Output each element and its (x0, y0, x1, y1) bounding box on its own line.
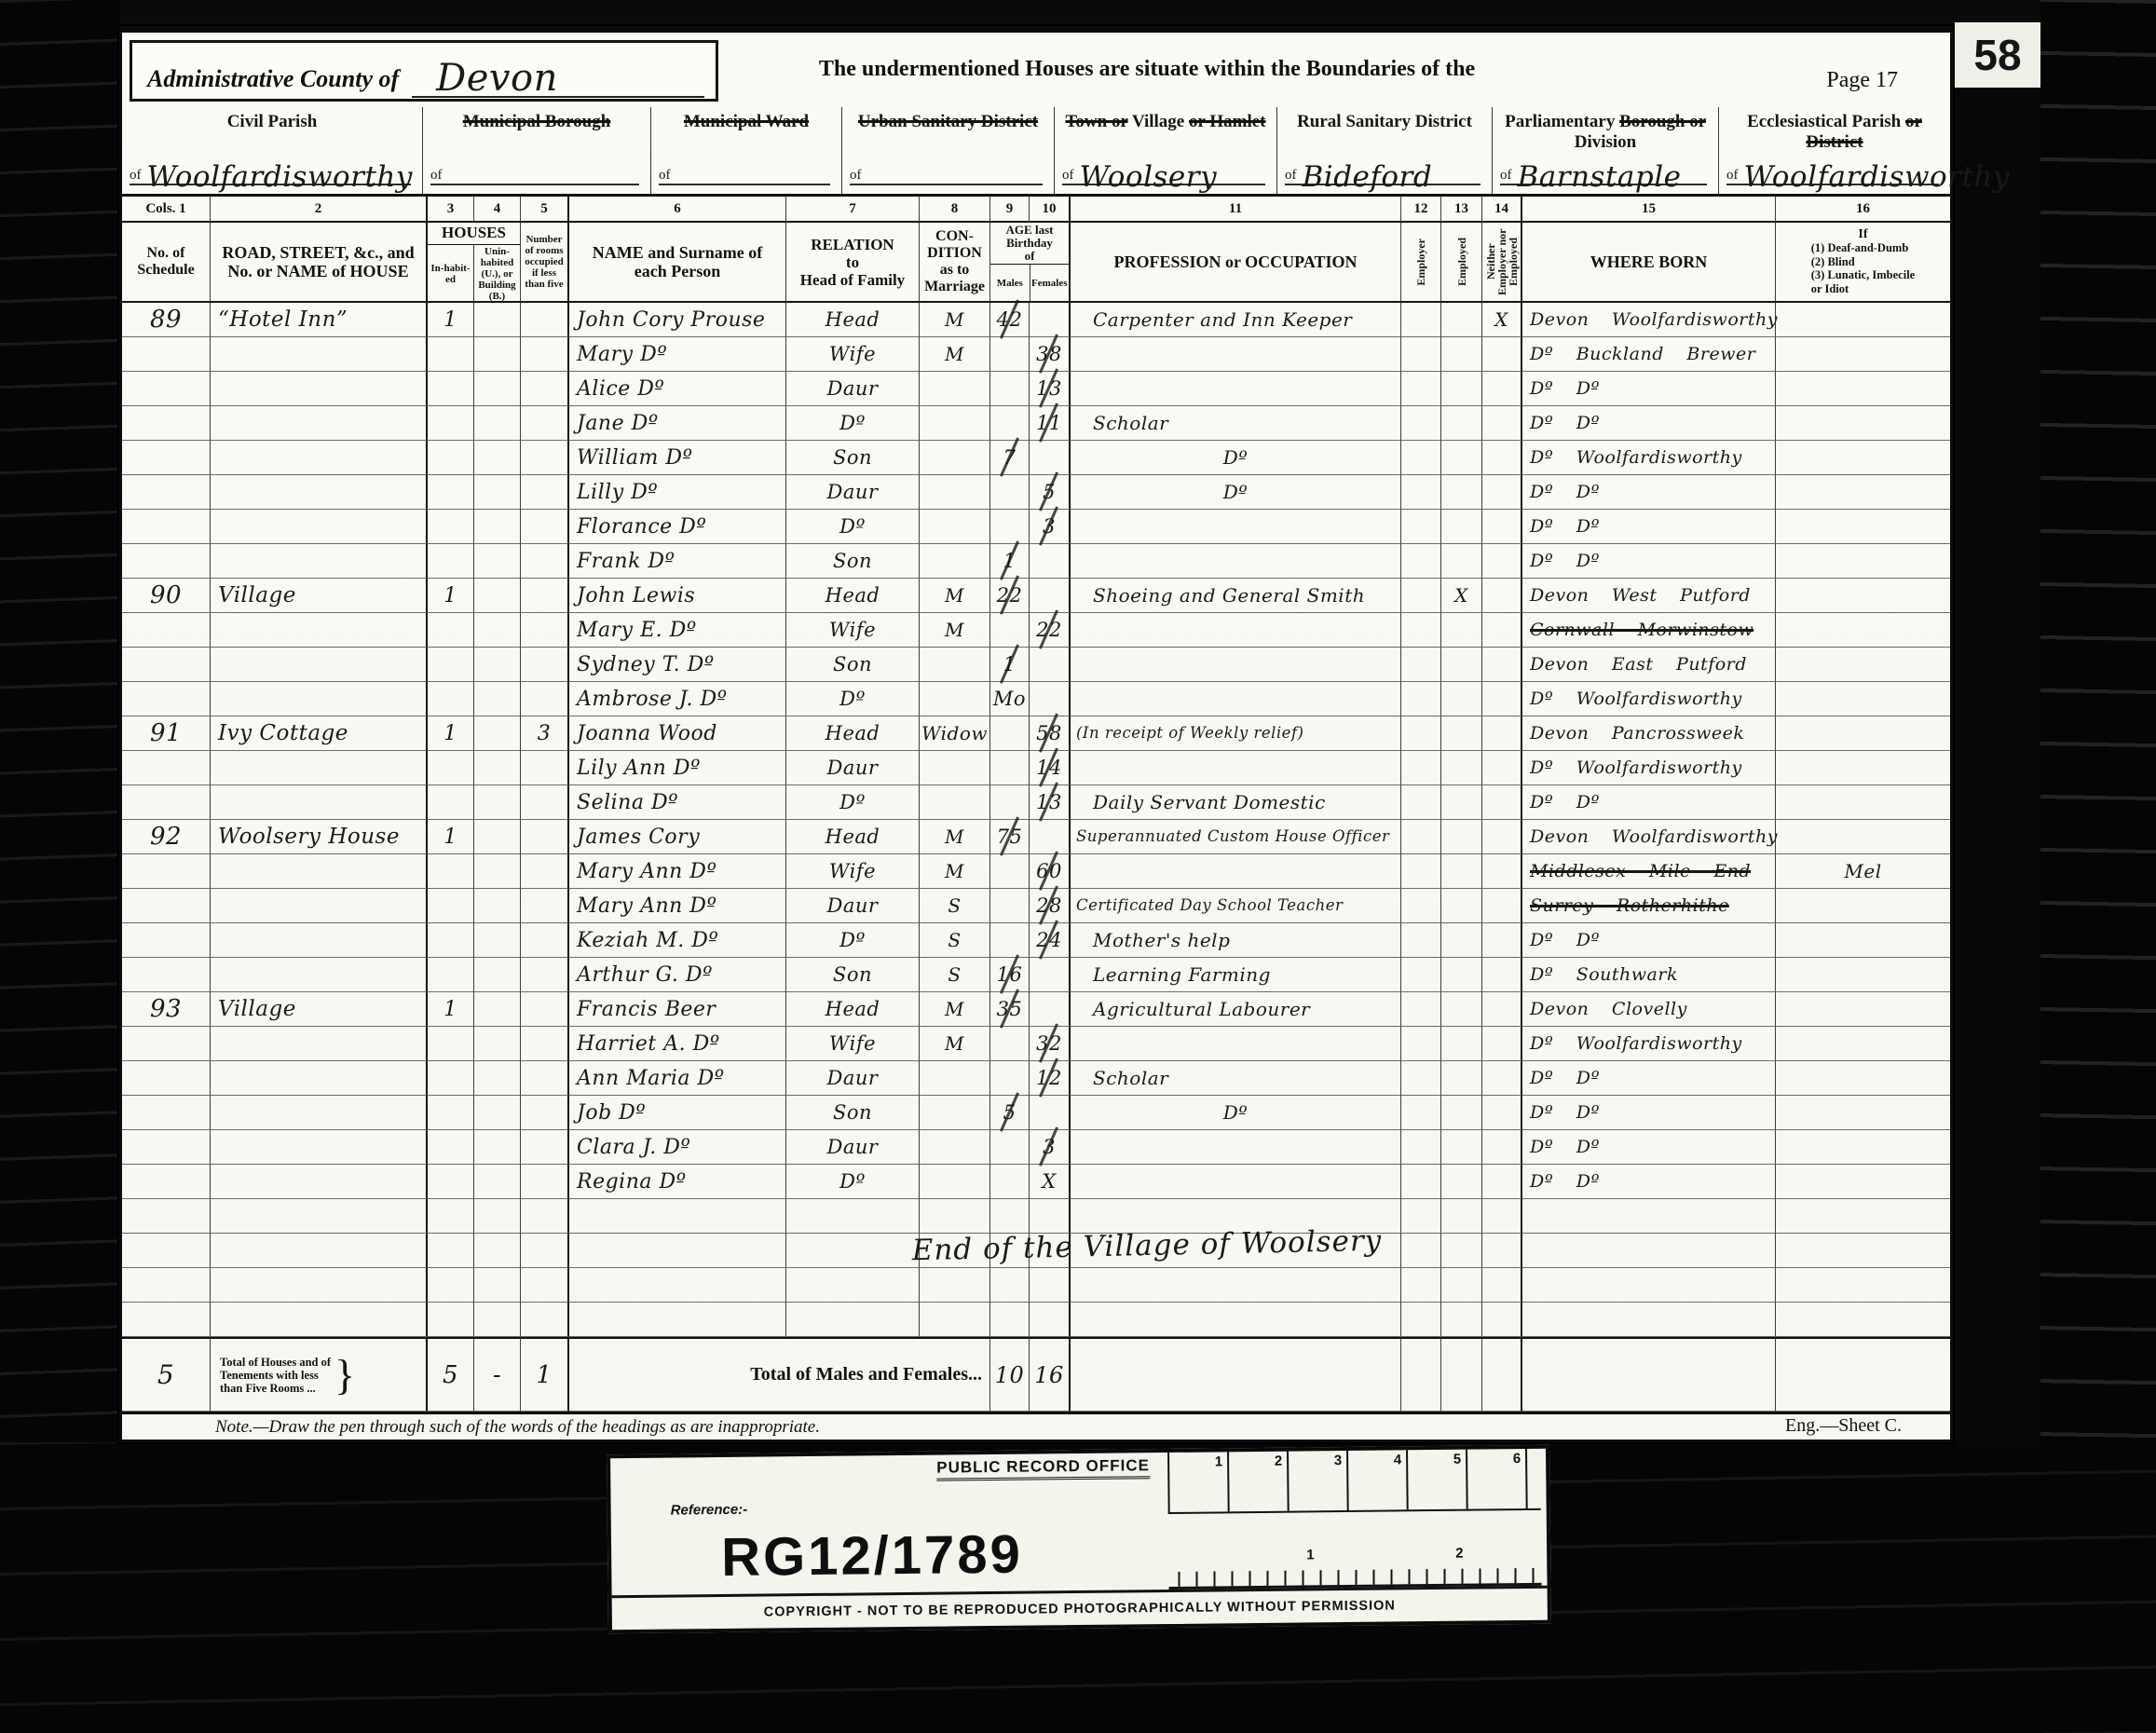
cell-employed-r26 (1441, 1165, 1482, 1199)
cell-occupation-r9: Shoeing and General Smith (1071, 579, 1401, 613)
cell-employer-r19 (1401, 923, 1441, 958)
cell-house-r27 (211, 1199, 428, 1234)
cell-neither-r22 (1482, 1027, 1522, 1061)
header-line: to (846, 253, 859, 271)
cell-occupation-r26 (1071, 1165, 1401, 1199)
cell-age-male-r5: 7 (990, 441, 1030, 475)
header-age-label: AGE lastBirthdayof (990, 223, 1069, 265)
cell-uninhabited-r15 (474, 785, 521, 820)
cell-condition-r5 (920, 441, 990, 475)
cell-schedule-r24 (122, 1096, 211, 1130)
cell-house-r9: Village (211, 579, 428, 613)
cell-neither-r25 (1482, 1130, 1522, 1165)
cell-condition-r26 (920, 1165, 990, 1199)
cell-where-born-r25: Dº Dº (1522, 1130, 1776, 1165)
ruler-cm-number: 6 (1467, 1449, 1528, 1509)
cell-age-male-r3 (990, 372, 1030, 406)
header-line: No. of (147, 245, 185, 262)
cell-uninhabited-r4 (474, 406, 521, 441)
header-rooms: Number of rooms occupied if less than fi… (521, 223, 569, 303)
cell-where-born-r12: Dº Woolfardisworthy (1522, 682, 1776, 716)
cell-where-born-r15: Dº Dº (1522, 785, 1776, 820)
cell-neither-r26 (1482, 1165, 1522, 1199)
cell-condition-r23 (920, 1061, 990, 1096)
cell-where-born-r14: Dº Woolfardisworthy (1522, 751, 1776, 785)
col-number-2: 2 (211, 197, 428, 223)
header-profession: PROFESSION or OCCUPATION (1071, 223, 1401, 303)
cell-neither-r4 (1482, 406, 1522, 441)
header-line: Birthday (990, 237, 1069, 250)
cell-employer-r22 (1401, 1027, 1441, 1061)
cell-condition-r20: S (920, 958, 990, 992)
cell-employed-r10 (1441, 613, 1482, 648)
cell-schedule-r16: 92 (122, 820, 211, 854)
cell-age-male-r23 (990, 1061, 1030, 1096)
of-label: of (130, 168, 142, 184)
cell-inhabited-r4 (428, 406, 474, 441)
cell-name-r11: Sydney T. Dº (569, 648, 786, 682)
total-empty-12 (1441, 1337, 1482, 1412)
cell-age-female-r17: 60 (1030, 854, 1071, 889)
cell-rooms-r24 (521, 1096, 569, 1130)
cell-where-born-r10: Cornwall Morwinstow (1522, 613, 1776, 648)
cell-employer-r7 (1401, 510, 1441, 544)
cell-age-male-r6 (990, 475, 1030, 510)
cell-inhabited-r26 (428, 1165, 474, 1199)
cell-schedule-r15 (122, 785, 211, 820)
district-value: Woolfardisworthy (1744, 164, 2010, 190)
header-line: of (990, 250, 1069, 263)
cell-house-r16: Woolsery House (211, 820, 428, 854)
footer-note: Note.—Draw the pen through such of the w… (215, 1417, 820, 1438)
district-title-part: Municipal Ward (684, 112, 809, 131)
cell-relation-r4: Dº (786, 406, 920, 441)
cell-where-born-r6: Dº Dº (1522, 475, 1776, 510)
cell-inhabited-r1: 1 (428, 303, 474, 337)
cell-inhabited-r18 (428, 889, 474, 923)
cell-rooms-r8 (521, 544, 569, 579)
header-name: NAME and Surname ofeach Person (569, 223, 786, 303)
col-number-1: Cols. 1 (122, 197, 211, 223)
district-title-part: Town or (1065, 112, 1127, 131)
cell-condition-r4 (920, 406, 990, 441)
cell-age-male-r26 (990, 1165, 1030, 1199)
header-houses-group: HOUSESIn-habit-edUnin-habited (U.), or B… (428, 223, 521, 303)
cell-uninhabited-r3 (474, 372, 521, 406)
header-line: Schedule (137, 262, 194, 279)
cell-age-female-r15: 13 (1030, 785, 1071, 820)
header-houses-label: HOUSES (428, 222, 520, 245)
of-label: of (430, 168, 443, 184)
cell-where-born-r11: Devon East Putford (1522, 648, 1776, 682)
cell-where-born-r2: Dº Buckland Brewer (1522, 337, 1776, 372)
cell-employer-r5 (1401, 441, 1441, 475)
total-houses-line: Tenements with less (220, 1369, 331, 1382)
cell-house-r22 (211, 1027, 428, 1061)
total-empty-15 (1776, 1337, 1950, 1412)
cell-name-r6: Lilly Dº (569, 475, 786, 510)
cell-employer-r14 (1401, 751, 1441, 785)
header-relation: RELATIONtoHead of Family (786, 223, 920, 303)
cell-where-born-r26: Dº Dº (1522, 1165, 1776, 1199)
cell-employed-r6 (1441, 475, 1482, 510)
cell-name-r14: Lily Ann Dº (569, 751, 786, 785)
total-houses-lines: Total of Houses and ofTenements with les… (220, 1356, 331, 1395)
cell-relation-r16: Head (786, 820, 920, 854)
cell-rooms-r2 (521, 337, 569, 372)
cell-occupation-r23: Scholar (1071, 1061, 1401, 1096)
cell-infirmity-r13 (1776, 716, 1950, 751)
cell-uninhabited-r18 (474, 889, 521, 923)
cell-name-r12: Ambrose J. Dº (569, 682, 786, 716)
film-edge-left (0, 0, 121, 1733)
district-title: Civil Parish (122, 112, 422, 132)
cell-relation-r19: Dº (786, 923, 920, 958)
cell-age-female-r19: 24 (1030, 923, 1071, 958)
cell-house-r24 (211, 1096, 428, 1130)
cell-schedule-r11 (122, 648, 211, 682)
cell-schedule-r13: 91 (122, 716, 211, 751)
cell-schedule-r20 (122, 958, 211, 992)
header-infirmity: If(1) Deaf-and-Dumb(2) Blind(3) Lunatic,… (1776, 223, 1950, 303)
cell-relation-r14: Daur (786, 751, 920, 785)
header-age-females: Females (1030, 265, 1070, 301)
cell-condition-r25 (920, 1130, 990, 1165)
district-title: Town or Village or Hamlet (1055, 112, 1276, 132)
cell-condition-r24 (920, 1096, 990, 1130)
cell-infirmity-r10 (1776, 613, 1950, 648)
cell-occupation-r24: Dº (1071, 1096, 1401, 1130)
cell-schedule-r10 (122, 613, 211, 648)
total-males-females-label: Total of Males and Females... (569, 1337, 990, 1412)
total-empty-13 (1482, 1337, 1522, 1412)
cell-schedule-r12 (122, 682, 211, 716)
cell-schedule-r27 (122, 1199, 211, 1234)
cell-relation-r17: Wife (786, 854, 920, 889)
cell-house-r5 (211, 441, 428, 475)
cell-age-male-r14 (990, 751, 1030, 785)
cell-infirmity-r20 (1776, 958, 1950, 992)
cell-where-born-r22: Dº Woolfardisworthy (1522, 1027, 1776, 1061)
district-of-line: of (850, 146, 1043, 185)
cell-schedule-r17 (122, 854, 211, 889)
cell-uninhabited-r21 (474, 992, 521, 1027)
header-infirmity-lines: If(1) Deaf-and-Dumb(2) Blind(3) Lunatic,… (1808, 226, 1918, 298)
cell-relation-r26: Dº (786, 1165, 920, 1199)
cell-condition-r2: M (920, 337, 990, 372)
total-empty-14 (1522, 1337, 1776, 1412)
cell-uninhabited-r22 (474, 1027, 521, 1061)
cell-schedule-r22 (122, 1027, 211, 1061)
cell-name-r30 (569, 1303, 786, 1337)
cell-inhabited-r8 (428, 544, 474, 579)
admin-county-box: Administrative County of Devon (130, 40, 718, 102)
cell-relation-r6: Daur (786, 475, 920, 510)
cell-occupation-r29 (1071, 1268, 1401, 1303)
cell-uninhabited-r19 (474, 923, 521, 958)
cell-name-r16: James Cory (569, 820, 786, 854)
cell-where-born-r7: Dº Dº (1522, 510, 1776, 544)
district-header-row: Civil ParishofWoolfardisworthyMunicipal … (122, 107, 1950, 197)
cell-uninhabited-r20 (474, 958, 521, 992)
cell-relation-r20: Son (786, 958, 920, 992)
total-males: 10 (990, 1337, 1030, 1412)
cell-occupation-r19: Mother's help (1071, 923, 1401, 958)
cell-infirmity-r19 (1776, 923, 1950, 958)
cell-inhabited-r2 (428, 337, 474, 372)
cell-name-r21: Francis Beer (569, 992, 786, 1027)
header-infirmity-line: If (1811, 228, 1915, 242)
cell-employed-r5 (1441, 441, 1482, 475)
cell-condition-r10: M (920, 613, 990, 648)
cell-rooms-r10 (521, 613, 569, 648)
cell-where-born-r30 (1522, 1303, 1776, 1337)
cell-uninhabited-r2 (474, 337, 521, 372)
cell-where-born-r5: Dº Woolfardisworthy (1522, 441, 1776, 475)
cell-infirmity-r15 (1776, 785, 1950, 820)
cell-house-r4 (211, 406, 428, 441)
cell-employer-r4 (1401, 406, 1441, 441)
cell-employer-r21 (1401, 992, 1441, 1027)
cell-employed-r12 (1441, 682, 1482, 716)
district-3: Urban Sanitary Districtof (842, 107, 1055, 194)
cell-employed-r25 (1441, 1130, 1482, 1165)
cell-house-r26 (211, 1165, 428, 1199)
cell-occupation-r30 (1071, 1303, 1401, 1337)
film-edge-right (2040, 0, 2156, 1733)
cell-occupation-r18: Certificated Day School Teacher (1071, 889, 1401, 923)
cell-relation-r2: Wife (786, 337, 920, 372)
cell-neither-r21 (1482, 992, 1522, 1027)
cell-relation-r11: Son (786, 648, 920, 682)
cell-where-born-r29 (1522, 1268, 1776, 1303)
of-label: of (1285, 168, 1297, 184)
cell-occupation-r1: Carpenter and Inn Keeper (1071, 303, 1401, 337)
cell-employer-r18 (1401, 889, 1441, 923)
cell-age-female-r7: 3 (1030, 510, 1071, 544)
cell-rooms-r23 (521, 1061, 569, 1096)
cell-uninhabited-r16 (474, 820, 521, 854)
cell-age-male-r8: 1 (990, 544, 1030, 579)
cell-where-born-r27 (1522, 1199, 1776, 1234)
col-number-3: 3 (428, 197, 474, 223)
district-title-part: Civil Parish (227, 112, 318, 131)
cell-name-r27 (569, 1199, 786, 1234)
cell-house-r1: “Hotel Inn” (211, 303, 428, 337)
cell-employer-r1 (1401, 303, 1441, 337)
cell-neither-r24 (1482, 1096, 1522, 1130)
cell-inhabited-r9: 1 (428, 579, 474, 613)
cell-employed-r14 (1441, 751, 1482, 785)
cell-name-r8: Frank Dº (569, 544, 786, 579)
cell-schedule-r7 (122, 510, 211, 544)
header-line: ROAD, STREET, &c., and (222, 243, 414, 262)
cell-schedule-r23 (122, 1061, 211, 1096)
district-title: Rural Sanitary District (1277, 112, 1492, 132)
cell-infirmity-r7 (1776, 510, 1950, 544)
cell-inhabited-r3 (428, 372, 474, 406)
cell-relation-r18: Daur (786, 889, 920, 923)
cell-relation-r9: Head (786, 579, 920, 613)
cell-neither-r15 (1482, 785, 1522, 820)
cell-relation-r15: Dº (786, 785, 920, 820)
cell-where-born-r19: Dº Dº (1522, 923, 1776, 958)
cell-house-r21: Village (211, 992, 428, 1027)
cell-rooms-r19 (521, 923, 569, 958)
ruler-cm-number: 3 (1289, 1451, 1349, 1511)
cell-rooms-r11 (521, 648, 569, 682)
cell-condition-r3 (920, 372, 990, 406)
cell-where-born-r20: Dº Southwark (1522, 958, 1776, 992)
cell-condition-r8 (920, 544, 990, 579)
cell-employed-r4 (1441, 406, 1482, 441)
col-number-5: 5 (521, 197, 569, 223)
cell-infirmity-r17: Mel (1776, 854, 1950, 889)
col-number-7: 7 (786, 197, 920, 223)
cell-infirmity-r3 (1776, 372, 1950, 406)
cell-infirmity-r1 (1776, 303, 1950, 337)
cell-name-r7: Florance Dº (569, 510, 786, 544)
cell-uninhabited-r11 (474, 648, 521, 682)
cell-infirmity-r11 (1776, 648, 1950, 682)
cell-occupation-r15: Daily Servant Domestic (1071, 785, 1401, 820)
cell-rooms-r13: 3 (521, 716, 569, 751)
cell-where-born-r3: Dº Dº (1522, 372, 1776, 406)
district-title-part: Village (1128, 112, 1189, 131)
cell-uninhabited-r26 (474, 1165, 521, 1199)
cell-employed-r22 (1441, 1027, 1482, 1061)
cell-rooms-r9 (521, 579, 569, 613)
cell-where-born-r18: Surrey Rotherhithe (1522, 889, 1776, 923)
total-houses-line: Total of Houses and of (220, 1356, 331, 1369)
pro-stamp-reference: RG12/1789 (721, 1523, 1023, 1589)
cell-condition-r9: M (920, 579, 990, 613)
cell-relation-r7: Dº (786, 510, 920, 544)
cell-infirmity-r29 (1776, 1268, 1950, 1303)
cell-infirmity-r12 (1776, 682, 1950, 716)
district-title: Urban Sanitary District (842, 112, 1054, 132)
cell-where-born-r9: Devon West Putford (1522, 579, 1776, 613)
header-employer: Employer (1401, 223, 1441, 303)
cell-age-female-r14: 14 (1030, 751, 1071, 785)
cell-uninhabited-r6 (474, 475, 521, 510)
header-neither-vertical: Neither Employer nor Employed (1485, 224, 1519, 300)
cell-employer-r26 (1401, 1165, 1441, 1199)
cell-infirmity-r9 (1776, 579, 1950, 613)
cell-uninhabited-r28 (474, 1234, 521, 1268)
cell-employer-r11 (1401, 648, 1441, 682)
cell-inhabited-r15 (428, 785, 474, 820)
cell-uninhabited-r14 (474, 751, 521, 785)
cell-uninhabited-r25 (474, 1130, 521, 1165)
cell-age-female-r30 (1030, 1303, 1071, 1337)
cell-neither-r18 (1482, 889, 1522, 923)
cell-house-r15 (211, 785, 428, 820)
cell-where-born-r28 (1522, 1234, 1776, 1268)
district-6: Parliamentary Borough or DivisionofBarns… (1493, 107, 1719, 194)
cell-inhabited-r25 (428, 1130, 474, 1165)
cell-age-male-r29 (990, 1268, 1030, 1303)
cell-rooms-r29 (521, 1268, 569, 1303)
cell-employer-r17 (1401, 854, 1441, 889)
cell-inhabited-r11 (428, 648, 474, 682)
cell-age-male-r12: Mo (990, 682, 1030, 716)
cell-rooms-r20 (521, 958, 569, 992)
cell-inhabited-r27 (428, 1199, 474, 1234)
header-employed-vertical: Employed (1456, 238, 1467, 286)
cell-age-female-r5 (1030, 441, 1071, 475)
cell-schedule-r1: 89 (122, 303, 211, 337)
cell-infirmity-r16 (1776, 820, 1950, 854)
cell-uninhabited-r8 (474, 544, 521, 579)
cell-neither-r14 (1482, 751, 1522, 785)
cell-schedule-r29 (122, 1268, 211, 1303)
cell-house-r28 (211, 1234, 428, 1268)
cell-uninhabited-r29 (474, 1268, 521, 1303)
total-schedule: 5 (122, 1337, 211, 1412)
admin-county-label: Administrative County of (147, 65, 399, 93)
cell-occupation-r22 (1071, 1027, 1401, 1061)
district-value: Woolsery (1080, 164, 1218, 190)
cell-inhabited-r24 (428, 1096, 474, 1130)
cell-occupation-r17 (1071, 854, 1401, 889)
cell-relation-r24: Son (786, 1096, 920, 1130)
of-label: of (1726, 168, 1739, 184)
cell-name-r9: John Lewis (569, 579, 786, 613)
cell-infirmity-r27 (1776, 1199, 1950, 1234)
cell-age-female-r1 (1030, 303, 1071, 337)
cell-uninhabited-r5 (474, 441, 521, 475)
cell-infirmity-r25 (1776, 1130, 1950, 1165)
district-of-line: of (430, 146, 639, 185)
header-uninhabited: Unin-habited (U.), or Building (B.) (474, 245, 520, 303)
cell-schedule-r30 (122, 1303, 211, 1337)
cell-rooms-r28 (521, 1234, 569, 1268)
total-inhabited: 5 (428, 1337, 474, 1412)
cell-condition-r16: M (920, 820, 990, 854)
cell-employed-r17 (1441, 854, 1482, 889)
district-title-part: Borough or (1619, 112, 1706, 131)
cell-infirmity-r18 (1776, 889, 1950, 923)
cell-neither-r3 (1482, 372, 1522, 406)
cell-employer-r12 (1401, 682, 1441, 716)
cell-neither-r6 (1482, 475, 1522, 510)
ruler-cm-scale: 123456 (1167, 1449, 1541, 1514)
cell-rooms-r15 (521, 785, 569, 820)
district-title: Municipal Ward (651, 112, 841, 132)
cell-occupation-r21: Agricultural Labourer (1071, 992, 1401, 1027)
col-number-12: 12 (1401, 197, 1441, 223)
cell-condition-r15 (920, 785, 990, 820)
cell-house-r17 (211, 854, 428, 889)
cell-schedule-r8 (122, 544, 211, 579)
cell-where-born-r16: Devon Woolfardisworthy (1522, 820, 1776, 854)
cell-name-r3: Alice Dº (569, 372, 786, 406)
page-number: Page 17 (1826, 68, 1898, 93)
boundary-statement: The undermentioned Houses are situate wi… (728, 57, 1566, 82)
cell-inhabited-r22 (428, 1027, 474, 1061)
col-number-4: 4 (474, 197, 521, 223)
cell-employer-r24 (1401, 1096, 1441, 1130)
district-value: Barnstaple (1518, 164, 1682, 190)
cell-rooms-r5 (521, 441, 569, 475)
cell-age-male-r27 (990, 1199, 1030, 1234)
col-number-6: 6 (569, 197, 786, 223)
district-title-part: Municipal Borough (463, 112, 611, 131)
cell-uninhabited-r12 (474, 682, 521, 716)
cell-occupation-r4: Scholar (1071, 406, 1401, 441)
cell-age-male-r18 (990, 889, 1030, 923)
